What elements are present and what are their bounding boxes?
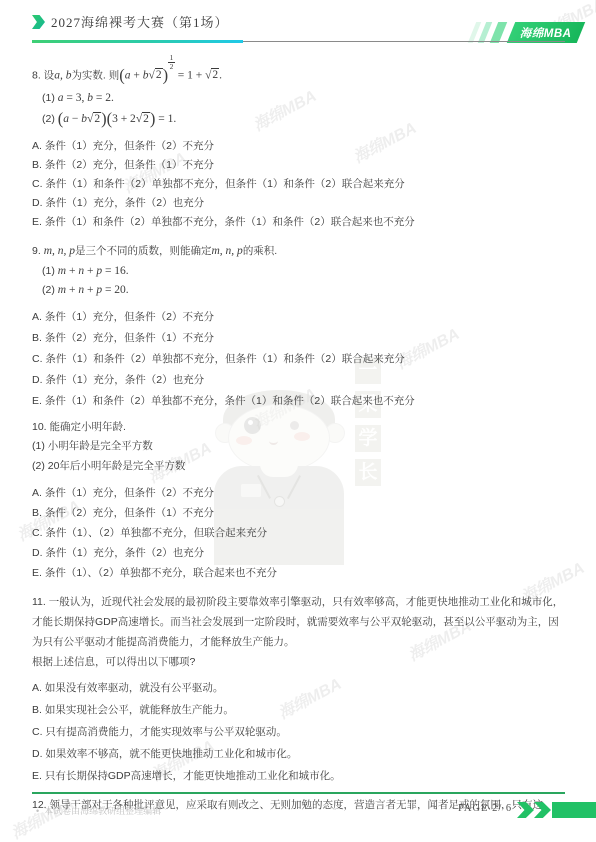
- question-11: 11. 一般认为，近现代社会发展的最初阶段主要靠效率引擎驱动，只有效率够高，才能…: [32, 592, 565, 786]
- footer-note-text: 本试卷由海绵教研组整理编辑: [44, 806, 161, 816]
- question-9: 9. m, n, p是三个不同的质数，则能确定m, n, p的乘积. (1) m…: [32, 242, 565, 411]
- footer-accent-block: [552, 802, 596, 818]
- option-c: C. 条件（1）、（2）单独都不充分，但联合起来充分: [32, 523, 565, 543]
- page-number: PAGE 2/ 6: [458, 803, 512, 814]
- page-separator: /: [498, 803, 502, 814]
- option-e: E. 条件（1）、（2）单独都不充分，联合起来也不充分: [32, 563, 565, 583]
- option-list: A. 如果没有效率驱动，就没有公平驱动。 B. 如果实现社会公平，就能释放生产能…: [32, 679, 565, 786]
- logo-stripe: [490, 22, 507, 43]
- option-d: D. 如果效率不够高，就不能更快地推动工业化和城市化。: [32, 745, 565, 764]
- condition-2: (2) 20年后小明年龄是完全平方数: [32, 457, 565, 477]
- footer-divider: [32, 792, 565, 794]
- header-divider-gradient: [32, 40, 243, 43]
- option-e: E. 条件（1）和条件（2）单独都不充分，条件（1）和条件（2）联合起来也不充分: [32, 213, 565, 232]
- option-b: B. 条件（2）充分，但条件（1）不充分: [32, 156, 565, 175]
- option-d: D. 条件（1）充分，条件（2）也充分: [32, 543, 565, 563]
- condition-2: (2) m + n + p = 20.: [32, 281, 565, 301]
- brand-logo: 海绵MBA: [507, 22, 585, 43]
- option-e: E. 条件（1）和条件（2）单独都不充分，条件（1）和条件（2）联合起来也不充分: [32, 392, 565, 411]
- condition-2: (2) (a − b√2)(3 + 2√2) = 1.: [32, 109, 565, 130]
- option-a: A. 条件（1）充分，但条件（2）不充分: [32, 308, 565, 327]
- exam-page: 海绵MBA 海绵MBA 海绵MBA 海绵MBA 海绵MBA 海绵MBA 海绵MB…: [0, 0, 596, 842]
- option-d: D. 条件（1）充分，条件（2）也充分: [32, 194, 565, 213]
- question-8: 8. 设a, b为实数. 则(a + b√2)12 = 1 + √2. (1) …: [32, 54, 565, 232]
- option-d: D. 条件（1）充分，条件（2）也充分: [32, 371, 565, 390]
- option-list: A. 条件（1）充分，但条件（2）不充分 B. 条件（2）充分，但条件（1）不充…: [32, 483, 565, 583]
- option-list: A. 条件（1）充分，但条件（2）不充分 B. 条件（2）充分，但条件（1）不充…: [32, 137, 565, 232]
- option-b: B. 条件（2）充分，但条件（1）不充分: [32, 329, 565, 348]
- header-chevron-icon: [32, 15, 45, 29]
- condition-1: (1) m + n + p = 16.: [32, 262, 565, 282]
- option-c: C. 条件（1）和条件（2）单独都不充分，但条件（1）和条件（2）联合起来充分: [32, 350, 565, 369]
- option-a: A. 如果没有效率驱动，就没有公平驱动。: [32, 679, 565, 698]
- question-prompt: 根据上述信息，可以得出以下哪项?: [32, 652, 565, 672]
- footer-note: •本试卷由海绵教研组整理编辑: [36, 804, 161, 817]
- option-a: A. 条件（1）充分，但条件（2）不充分: [32, 483, 565, 503]
- page-label: PAGE: [458, 803, 488, 814]
- question-stem: 10. 能确定小明年龄.: [32, 418, 565, 438]
- option-a: A. 条件（1）充分，但条件（2）不充分: [32, 137, 565, 156]
- question-stem: 11. 一般认为，近现代社会发展的最初阶段主要靠效率引擎驱动，只有效率够高，才能…: [32, 592, 565, 652]
- condition-1: (1) a = 3, b = 2.: [32, 89, 565, 109]
- brand-logo-text: 海绵MBA: [520, 25, 572, 41]
- option-c: C. 只有提高消费能力，才能实现效率与公平双轮驱动。: [32, 723, 565, 742]
- page-title: 2027海绵裸考大赛（第1场）: [51, 12, 229, 31]
- option-c: C. 条件（1）和条件（2）单独都不充分，但条件（1）和条件（2）联合起来充分: [32, 175, 565, 194]
- option-b: B. 条件（2）充分，但条件（1）不充分: [32, 503, 565, 523]
- condition-1: (1) 小明年龄是完全平方数: [32, 437, 565, 457]
- header-divider: [243, 41, 565, 42]
- question-stem: 9. m, n, p是三个不同的质数，则能确定m, n, p的乘积.: [32, 242, 565, 262]
- question-10: 10. 能确定小明年龄. (1) 小明年龄是完全平方数 (2) 20年后小明年龄…: [32, 418, 565, 584]
- footer-bullet: •: [36, 806, 39, 816]
- option-e: E. 只有长期保持GDP高速增长，才能更快地推动工业化和城市化。: [32, 767, 565, 786]
- option-b: B. 如果实现社会公平，就能释放生产能力。: [32, 701, 565, 720]
- option-list: A. 条件（1）充分，但条件（2）不充分 B. 条件（2）充分，但条件（1）不充…: [32, 308, 565, 411]
- question-stem: 8. 设a, b为实数. 则(a + b√2)12 = 1 + √2.: [32, 54, 565, 89]
- page-total: 6: [506, 803, 512, 814]
- exam-content: 8. 设a, b为实数. 则(a + b√2)12 = 1 + √2. (1) …: [32, 54, 565, 815]
